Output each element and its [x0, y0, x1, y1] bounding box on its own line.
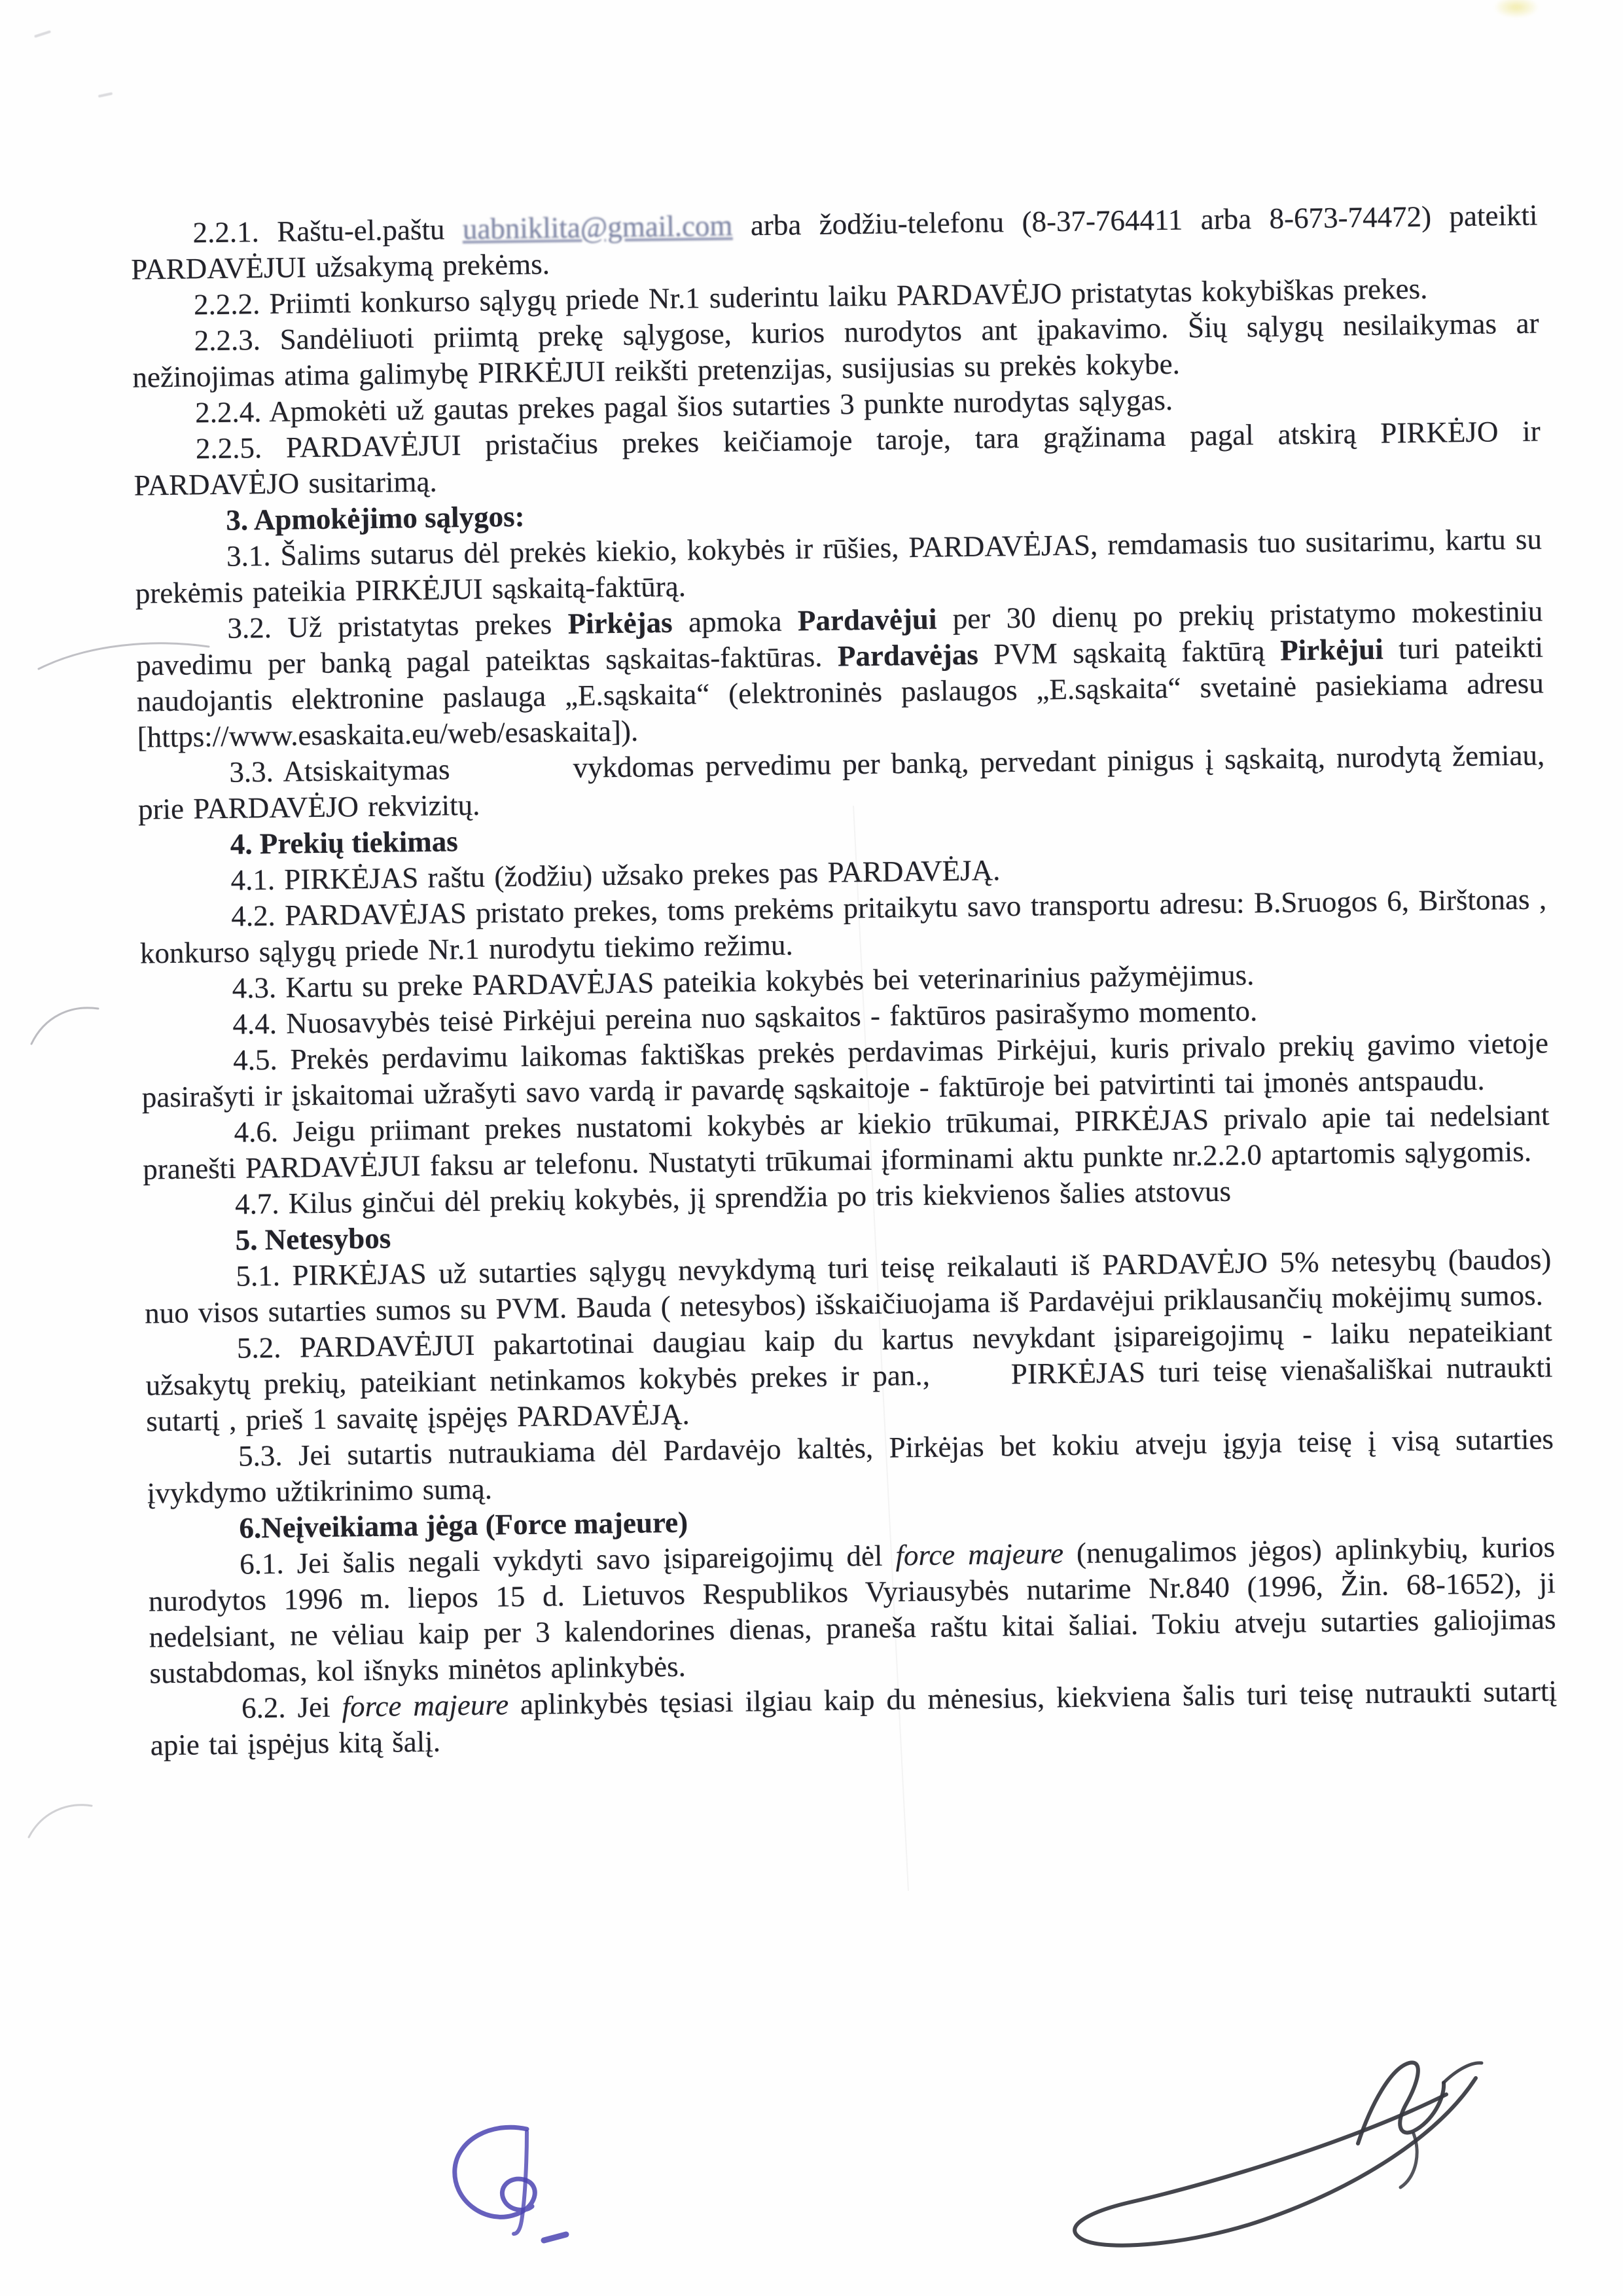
- term-pardavejas: Pardavėjas: [838, 638, 979, 673]
- text-segment: 2.2.1. Raštu-el.paštu: [192, 213, 463, 249]
- email-link-text: uabniklita@gmail.com: [463, 209, 733, 245]
- term-force-majeure: force majeure: [342, 1688, 508, 1723]
- scanned-contract-page: 2.2.1. Raštu-el.paštu uabniklita@gmail.c…: [0, 0, 1623, 2296]
- text-segment: PVM sąskaitą faktūrą: [978, 634, 1281, 671]
- text-segment: 6.2. Jei: [241, 1691, 342, 1725]
- text-segment: 3.2. Už pristatytas prekes: [227, 607, 568, 645]
- signature-stroke: [1400, 2134, 1417, 2187]
- term-pirkejui: Pirkėjui: [1280, 633, 1383, 667]
- signature-dark-ink: [1047, 2055, 1505, 2258]
- clause-6-1: 6.1. Jei šalis negali vykdyti savo įsipa…: [148, 1529, 1557, 1691]
- signature-stroke: [544, 2234, 566, 2240]
- text-segment: 6.1. Jei šalis negali vykdyti savo įsipa…: [240, 1539, 896, 1581]
- page-curl-mark: [24, 1797, 96, 1842]
- curl-stroke: [29, 1805, 92, 1837]
- term-pardavejui: Pardavėjui: [798, 603, 937, 637]
- text-segment: apmoka: [672, 604, 798, 639]
- term-force-majeure: force majeure: [895, 1537, 1063, 1571]
- clause-3-2: 3.2. Už pristatytas prekes Pirkėjas apmo…: [135, 593, 1544, 755]
- term-pirkejas: Pirkėjas: [567, 606, 673, 640]
- document-text-block: 2.2.1. Raštu-el.paštu uabniklita@gmail.c…: [0, 0, 1623, 1765]
- clause-5-2: 5.2. PARDAVĖJUI pakartotinai daugiau kai…: [145, 1313, 1554, 1439]
- signature-stroke: [514, 2132, 527, 2234]
- signature-blue-ink: [429, 2117, 625, 2251]
